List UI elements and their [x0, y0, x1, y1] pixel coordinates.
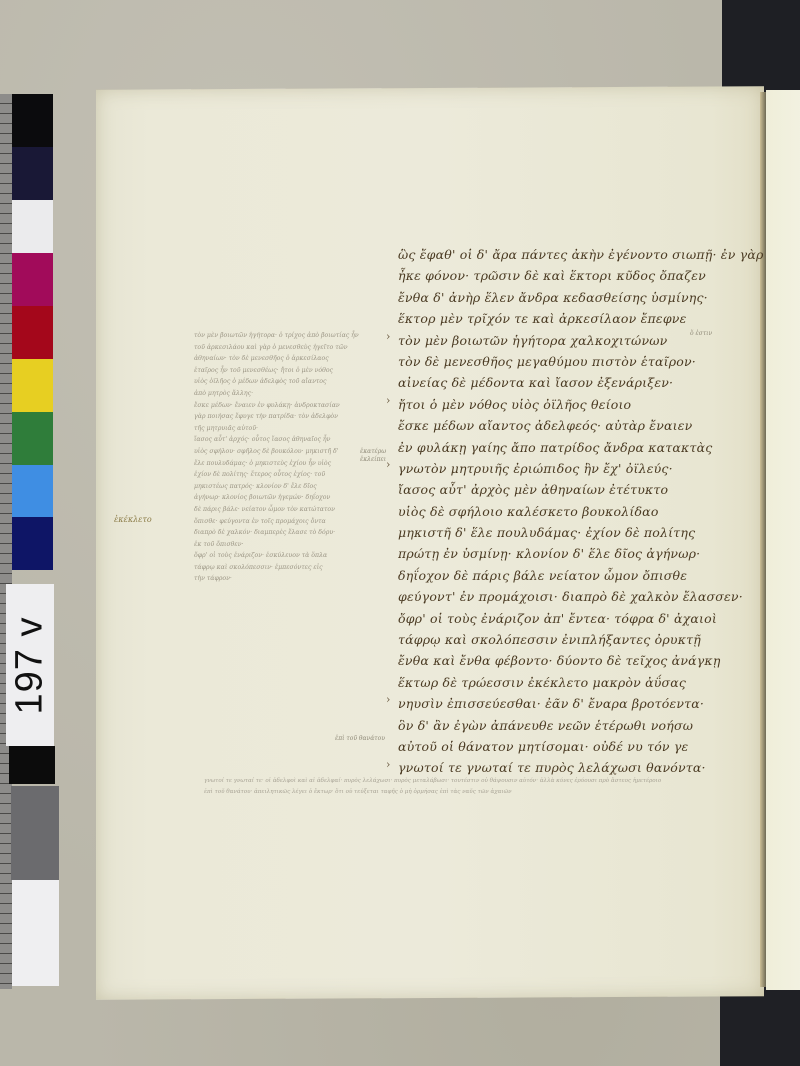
text-line: ἤτοι ὁ μὲν νόθος υἱὸς ὀϊλῆος θείοιο — [398, 394, 766, 415]
text-line: ἐν φυλάκῃ γαίης ἄπο πατρίδος ἄνδρα κατακ… — [398, 437, 766, 458]
color-patch-black — [12, 94, 53, 147]
scholia-line: ἑταῖρος ἦν τοῦ μενεσθέως· ἤτοι ὁ μὲν νόθ… — [194, 365, 366, 377]
color-patch-dark-navy — [12, 147, 53, 200]
line-marker-icon: › — [386, 458, 390, 471]
line-marker-icon: › — [386, 758, 390, 771]
text-line: μηκιστῆ δ' ἕλε πουλυδάμας· ἐχίον δὲ πολί… — [398, 522, 766, 543]
color-patch-yellow — [12, 359, 53, 412]
bottom-notes-block: γνωτοί τε γνωταί τε· οἱ ἀδελφοὶ καὶ αἱ ἀ… — [204, 776, 740, 798]
margin-annotation-bottom-left: ἐπὶ τοῦ θανάτου — [335, 735, 395, 743]
folio-label-card: 197 v — [6, 584, 54, 746]
text-line: ἔνθα δ' ἀνὴρ ἕλεν ἄνδρα κεδασθείσης ὑσμί… — [398, 287, 766, 308]
scholia-commentary-block: τὸν μὲν βοιωτῶν ἡγήτορα· ὁ τρίχος ἀπὸ βο… — [194, 330, 366, 585]
scholia-line: υἱὸς σφήλου· σφῆλος δὲ βουκόλου· μηκιστῆ… — [194, 446, 366, 458]
gray-patch-mid — [11, 786, 59, 880]
line-marker-icon: › — [386, 693, 390, 706]
scholia-line: ὄφρ' οἱ τοὺς ἐνάριζον· ἐσκύλευον τὰ ὅπλα — [194, 550, 366, 562]
facing-page-edge — [766, 90, 800, 990]
text-line: τὸν μὲν βοιωτῶν ἡγήτορα χαλκοχιτώνων — [398, 330, 766, 351]
scholia-line: διαπρὸ δὲ χαλκόν· διαμπερὲς ἔλασε τὸ δόρ… — [194, 527, 366, 539]
color-patch-white — [12, 200, 53, 253]
scholia-line: δὲ πάρις βάλε· νείατον ὦμον τὸν κατώτατο… — [194, 504, 366, 516]
text-line: ἕκτορ μὲν τρῖχόν τε καὶ ἀρκεσίλαον ἔπεφν… — [398, 308, 766, 329]
text-line: φεύγοντ' ἐν προμάχοισι· διαπρὸ δὲ χαλκὸν… — [398, 586, 766, 607]
text-line: ὄφρ' οἱ τοὺς ἐνάριζον ἀπ' ἔντεα· τόφρα δ… — [398, 608, 766, 629]
gray-patch-black — [9, 746, 55, 784]
scholia-line: τάφρῳ καὶ σκολόπεσσιν· ἐμπεσόντες εἰς — [194, 562, 366, 574]
scholia-line: ἕλε πουλυδάμας· ὁ μηκιστεὺς ἐχίου ἦν υἱὸ… — [194, 458, 366, 470]
scholia-line: τῆς μητρυιᾶς αὐτοῦ· — [194, 423, 366, 435]
scholia-line: μηκιστέως πατρός· κλονίον δ' ἕλε δῖος — [194, 481, 366, 493]
line-marker-icon: › — [386, 330, 390, 343]
text-line: αἰνείας δὲ μέδοντα καὶ ἴασον ἐξενάριξεν· — [398, 372, 766, 393]
color-patch-cyan-blue — [12, 465, 53, 517]
main-text-block: ὣς ἔφαθ' οἱ δ' ἄρα πάντες ἀκὴν ἐγένοντο … — [398, 244, 766, 779]
text-line: ἔσκε μέδων αἴαντος ἀδελφεός· αὐτὰρ ἔναιε… — [398, 415, 766, 436]
scholia-line: τὸν μὲν βοιωτῶν ἡγήτορα· ὁ τρίχος ἀπὸ βο… — [194, 330, 366, 342]
scholia-line: ἀπὸ μητρὸς ἄλλης· — [194, 388, 366, 400]
scholia-line: ἀθηναίων· τὸν δὲ μενεσθῆος ὁ ἀρκεσίλαος — [194, 353, 366, 365]
text-line: ἴασος αὖτ' ἀρχὸς μὲν ἀθηναίων ἐτέτυκτο — [398, 479, 766, 500]
margin-annotation-left: ἐκέκλετο — [114, 515, 152, 524]
text-line: τὸν δὲ μενεσθῆος μεγαθύμου πιστὸν ἑταῖρο… — [398, 351, 766, 372]
scholia-line: υἱὸς ὀϊλῆος ὁ μέδων ἀδελφὸς τοῦ αἴαντος — [194, 376, 366, 388]
bottom-note-line: γνωτοί τε γνωταί τε· οἱ ἀδελφοὶ καὶ αἱ ἀ… — [204, 776, 740, 787]
scholia-line: τὴν τάφρον· — [194, 573, 366, 585]
scholia-line: ἔσκε μέδων· ἔναιεν ἐν φυλάκῃ· ἀνδροκτασί… — [194, 400, 366, 412]
color-patch-magenta — [12, 253, 53, 306]
scholia-line: ὄπισθε· φεύγοντα ἐν τοῖς προμάχοις ὄντα — [194, 516, 366, 528]
margin-annotation-inline: ἐκατέρω ἐκλείπει — [360, 448, 396, 464]
text-line: ἕκτωρ δὲ τρώεσσιν ἐκέκλετο μακρὸν ἀΰσας — [398, 672, 766, 693]
folio-label: 197 v — [9, 616, 52, 714]
scholia-line: τοῦ ἀρκεσιλάου καὶ γὰρ ὁ μενεσθεὺς ἡγεῖτ… — [194, 342, 366, 354]
scholia-line: ἀγήνωρ· κλονίος βοιωτῶν ἡγεμών· δηΐοχον — [194, 492, 366, 504]
text-line: ἔνθα καὶ ἔνθα φέβοντο· δύοντο δὲ τεῖχος … — [398, 650, 766, 671]
text-line: πρώτῃ ἐν ὑσμίνῃ· κλονίον δ' ἕλε δῖος ἀγή… — [398, 543, 766, 564]
text-line: υἱὸς δὲ σφήλοιο καλέσκετο βουκολίδαο — [398, 501, 766, 522]
color-patch-green — [12, 412, 53, 465]
dark-cloth-top — [722, 0, 800, 92]
gray-patch-white — [12, 880, 59, 986]
text-line: αὐτοῦ οἱ θάνατον μητίσομαι· οὐδέ νυ τόν … — [398, 736, 766, 757]
color-patch-navy-blue — [12, 517, 53, 570]
text-line: ἦκε φόνον· τρῶσιν δὲ καὶ ἕκτορι κῦδος ὄπ… — [398, 265, 766, 286]
text-line: νηυσὶν ἐπισσεύεσθαι· ἐᾶν δ' ἔναρα βροτόε… — [398, 693, 766, 714]
dark-cloth-bottom — [720, 985, 800, 1066]
scholia-line: ἐχίον δὲ πολίτης· ἕτερος οὗτος ἐχίος· το… — [194, 469, 366, 481]
text-line: γνωτὸν μητρυιῆς ἐριώπιδος ἣν ἔχ' ὀϊλεύς· — [398, 458, 766, 479]
text-line: ὣς ἔφαθ' οἱ δ' ἄρα πάντες ἀκὴν ἐγένοντο … — [398, 244, 766, 265]
text-line: δηΐοχον δὲ πάρις βάλε νείατον ὦμον ὄπισθ… — [398, 565, 766, 586]
bottom-note-line: ἐπὶ τοῦ θανάτου· ἀπειλητικῶς λέγει ὁ ἕκτ… — [204, 787, 740, 798]
scholia-line: γὰρ ποιήσας ἔφυγε τὴν πατρίδα· τὸν ἀδελφ… — [194, 411, 366, 423]
scholia-line: ἴασος αὖτ' ἀρχός· οὗτος ἴασος ἀθηναῖος ἦ… — [194, 434, 366, 446]
color-patch-red — [12, 306, 53, 359]
scholia-line: ἐκ τοῦ ὄπισθεν· — [194, 539, 366, 551]
line-marker-icon: › — [386, 394, 390, 407]
text-line: ὃν δ' ἂν ἐγὼν ἀπάνευθε νεῶν ἑτέρωθι νοήσ… — [398, 715, 766, 736]
text-line: τάφρῳ καὶ σκολόπεσσιν ἐνιπλήξαντες ὀρυκτ… — [398, 629, 766, 650]
